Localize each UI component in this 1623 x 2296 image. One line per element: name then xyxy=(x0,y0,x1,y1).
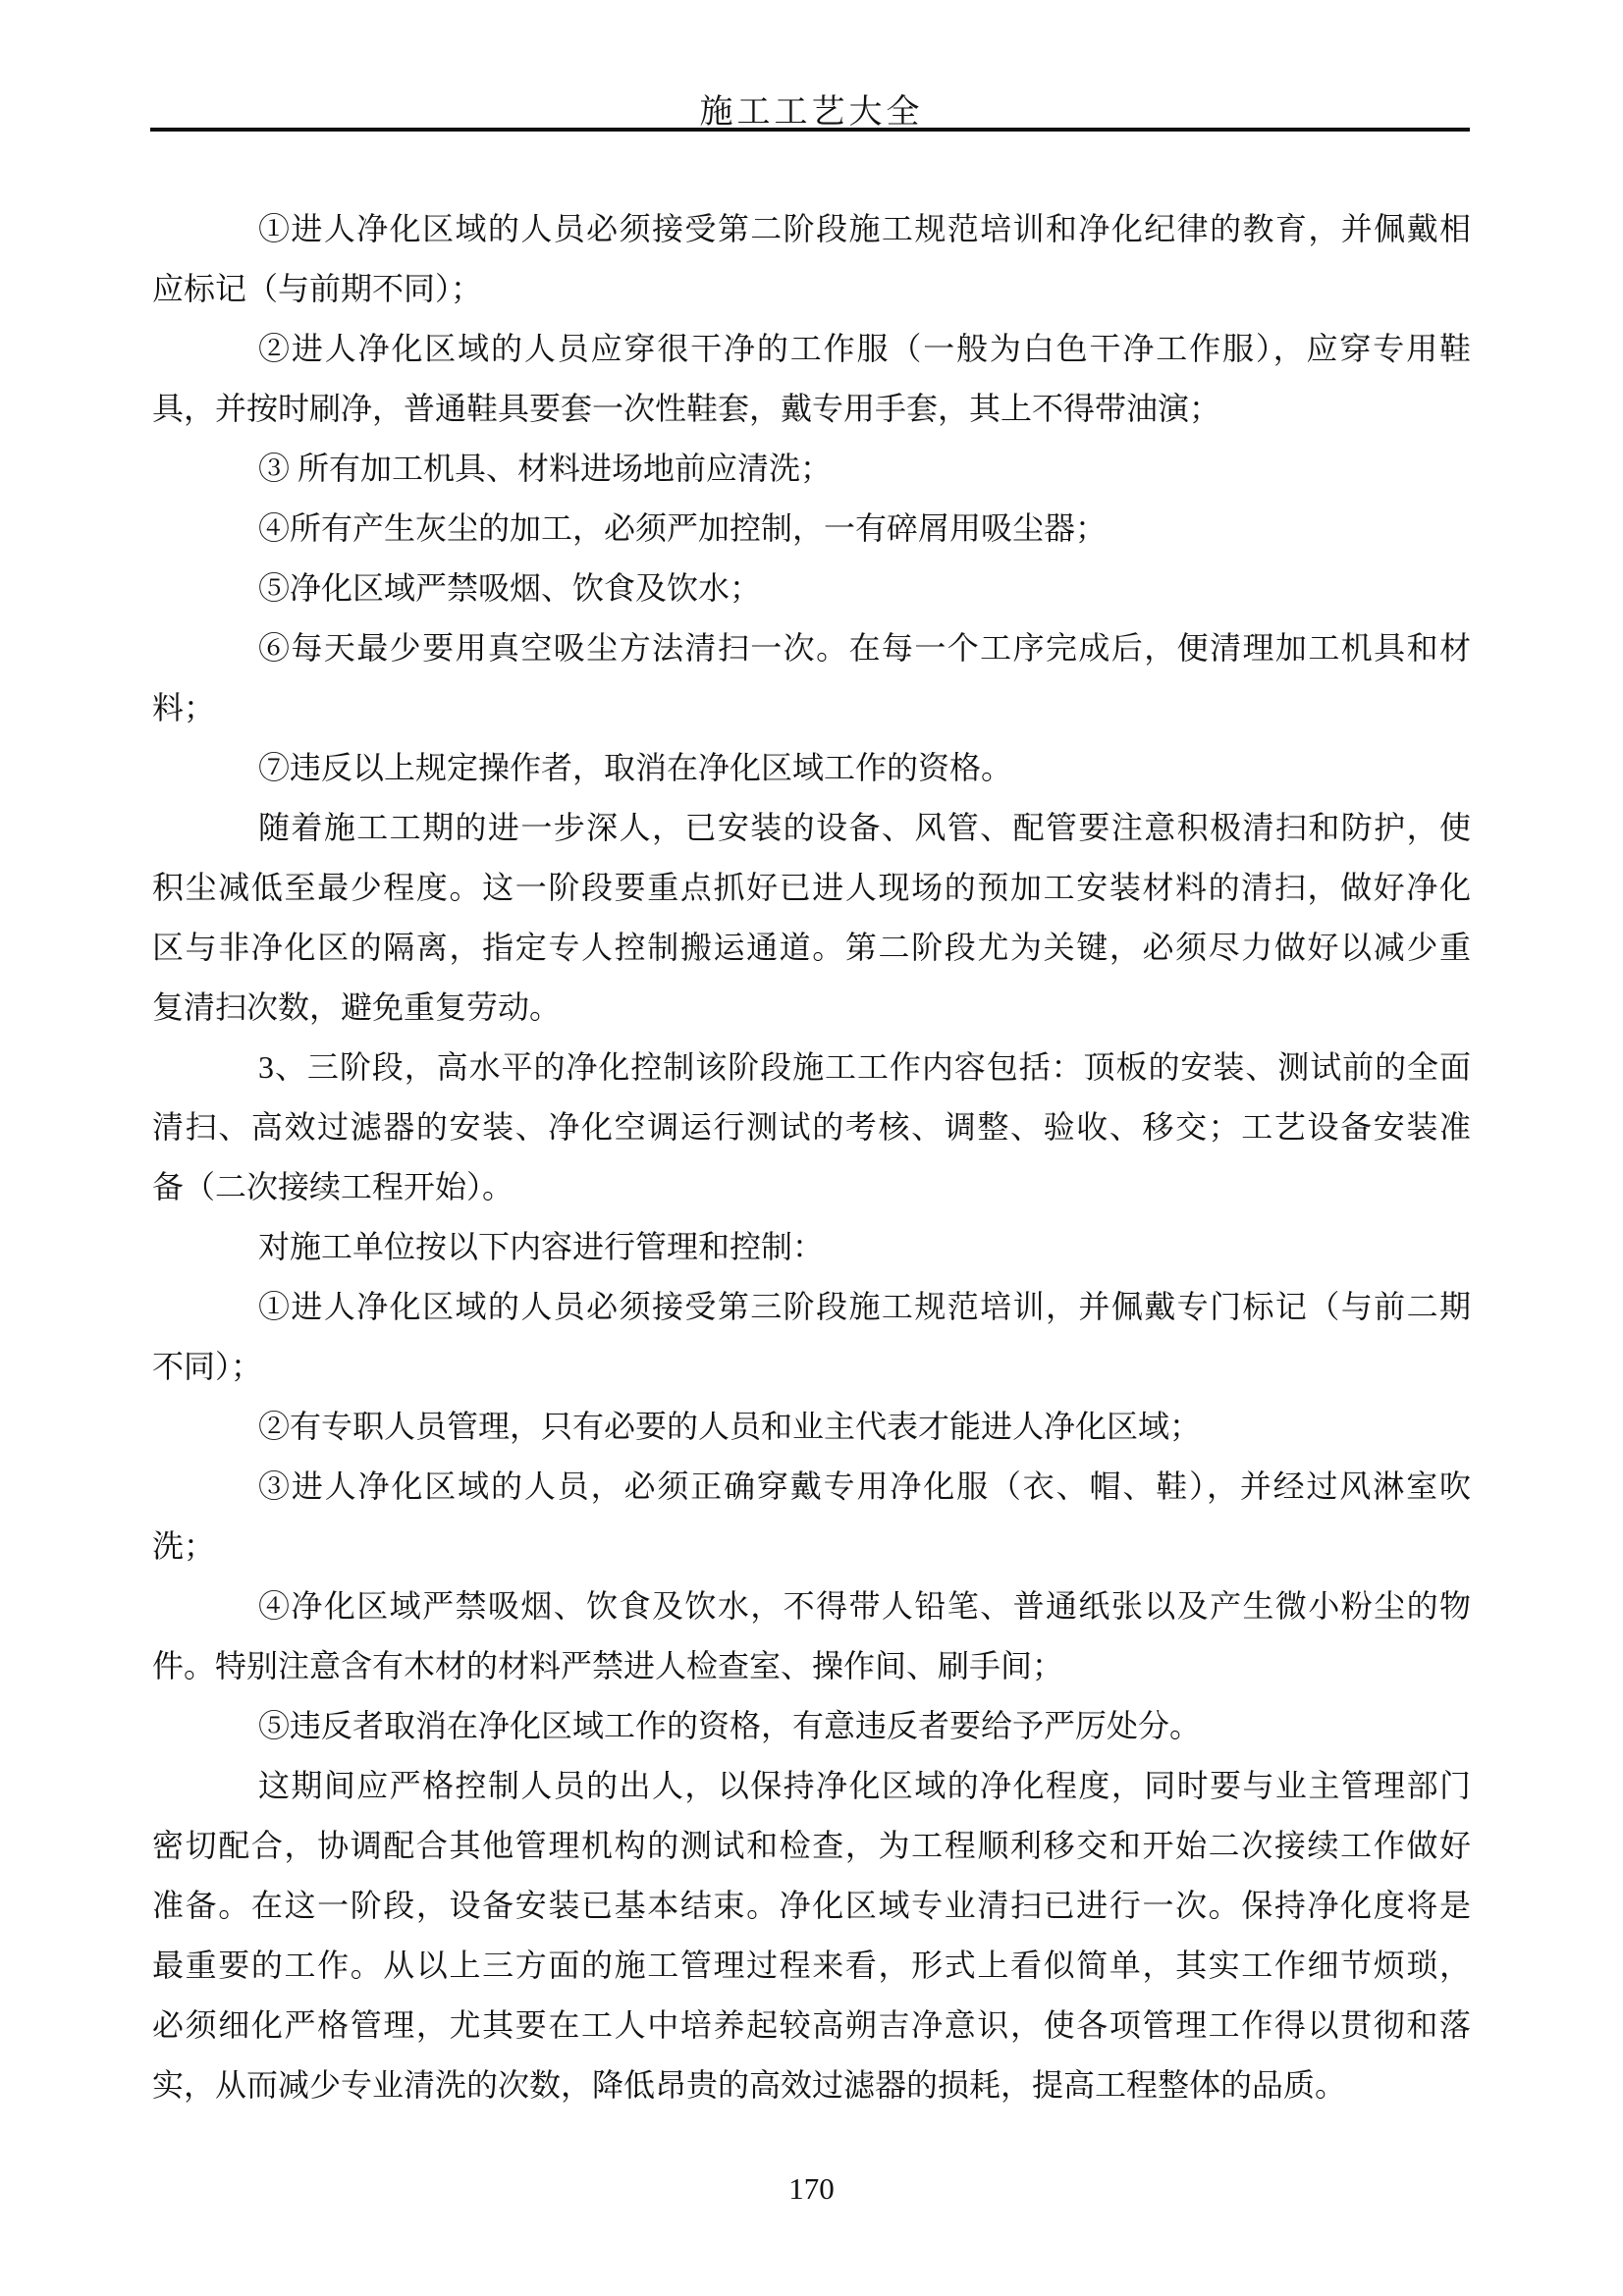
text-line: 件。特别注意含有木材的材料严禁进人检查室、操作间、刷手间； xyxy=(152,1636,1471,1696)
text-line: ③ 所有加工机具、材料进场地前应清洗； xyxy=(152,439,1471,499)
text-line: 必须细化严格管理，尤其要在工人中培养起较高朔吉净意识，使各项管理工作得以贯彻和落 xyxy=(152,1996,1471,2056)
text-line: ②有专职人员管理，只有必要的人员和业主代表才能进人净化区域； xyxy=(152,1397,1471,1457)
text-line: ④净化区域严禁吸烟、饮食及饮水，不得带人铅笔、普通纸张以及产生微小粉尘的物 xyxy=(152,1576,1471,1636)
text-line: 清扫、高效过滤器的安装、净化空调运行测试的考核、调整、验收、移交；工艺设备安装准 xyxy=(152,1097,1471,1157)
text-line: 最重要的工作。从以上三方面的施工管理过程来看，形式上看似简单，其实工作细节烦琐， xyxy=(152,1936,1471,1996)
text-line: 准备。在这一阶段，设备安装已基本结束。净化区域专业清扫已进行一次。保持净化度将是 xyxy=(152,1876,1471,1936)
text-line: 区与非净化区的隔离，指定专人控制搬运通道。第二阶段尤为关键，必须尽力做好以减少重 xyxy=(152,918,1471,978)
text-line: 洗； xyxy=(152,1517,1471,1576)
text-line: 具，并按时刷净，普通鞋具要套一次性鞋套，戴专用手套，其上不得带油演； xyxy=(152,379,1471,439)
text-line: 密切配合，协调配合其他管理机构的测试和检查，为工程顺利移交和开始二次接续工作做好 xyxy=(152,1816,1471,1876)
text-line: ①进人净化区域的人员必须接受第三阶段施工规范培训，并佩戴专门标记（与前二期 xyxy=(152,1277,1471,1337)
text-line: 复清扫次数，避免重复劳动。 xyxy=(152,978,1471,1038)
text-line: ②进人净化区域的人员应穿很干净的工作服（一般为白色干净工作服），应穿专用鞋 xyxy=(152,319,1471,379)
text-line: ⑤违反者取消在净化区域工作的资格，有意违反者要给予严厉处分。 xyxy=(152,1696,1471,1756)
text-line: 应标记（与前期不同）； xyxy=(152,259,1471,319)
text-line: ⑦违反以上规定操作者，取消在净化区域工作的资格。 xyxy=(152,738,1471,798)
text-line: ①进人净化区域的人员必须接受第二阶段施工规范培训和净化纪律的教育，并佩戴相 xyxy=(152,199,1471,259)
header-divider xyxy=(150,128,1470,132)
text-line: 积尘减低至最少程度。这一阶段要重点抓好已进人现场的预加工安装材料的清扫，做好净化 xyxy=(152,858,1471,918)
text-line: 料； xyxy=(152,678,1471,738)
text-line: ③进人净化区域的人员，必须正确穿戴专用净化服（衣、帽、鞋），并经过风淋室吹 xyxy=(152,1457,1471,1517)
text-line: 随着施工工期的进一步深人，已安装的设备、风管、配管要注意积极清扫和防护，使 xyxy=(152,798,1471,858)
text-line: 3、三阶段，高水平的净化控制该阶段施工工作内容包括：顶板的安装、测试前的全面 xyxy=(152,1038,1471,1097)
page-number: 170 xyxy=(0,2171,1623,2207)
document-page: 施工工艺大全 ①进人净化区域的人员必须接受第二阶段施工规范培训和净化纪律的教育，… xyxy=(0,0,1623,2296)
text-line: 不同）； xyxy=(152,1337,1471,1397)
text-line: ⑥每天最少要用真空吸尘方法清扫一次。在每一个工序完成后，便清理加工机具和材 xyxy=(152,618,1471,678)
page-header-title: 施工工艺大全 xyxy=(0,84,1623,133)
text-line: ⑤净化区域严禁吸烟、饮食及饮水； xyxy=(152,559,1471,618)
text-line: ④所有产生灰尘的加工，必须严加控制，一有碎屑用吸尘器； xyxy=(152,499,1471,559)
text-line: 对施工单位按以下内容进行管理和控制： xyxy=(152,1217,1471,1277)
text-line: 实，从而减少专业清洗的次数，降低昂贵的高效过滤器的损耗，提高工程整体的品质。 xyxy=(152,2056,1471,2115)
text-line: 这期间应严格控制人员的出人，以保持净化区域的净化程度，同时要与业主管理部门 xyxy=(152,1756,1471,1816)
text-line: 备（二次接续工程开始）。 xyxy=(152,1157,1471,1217)
document-body: ①进人净化区域的人员必须接受第二阶段施工规范培训和净化纪律的教育，并佩戴相应标记… xyxy=(152,199,1471,2115)
